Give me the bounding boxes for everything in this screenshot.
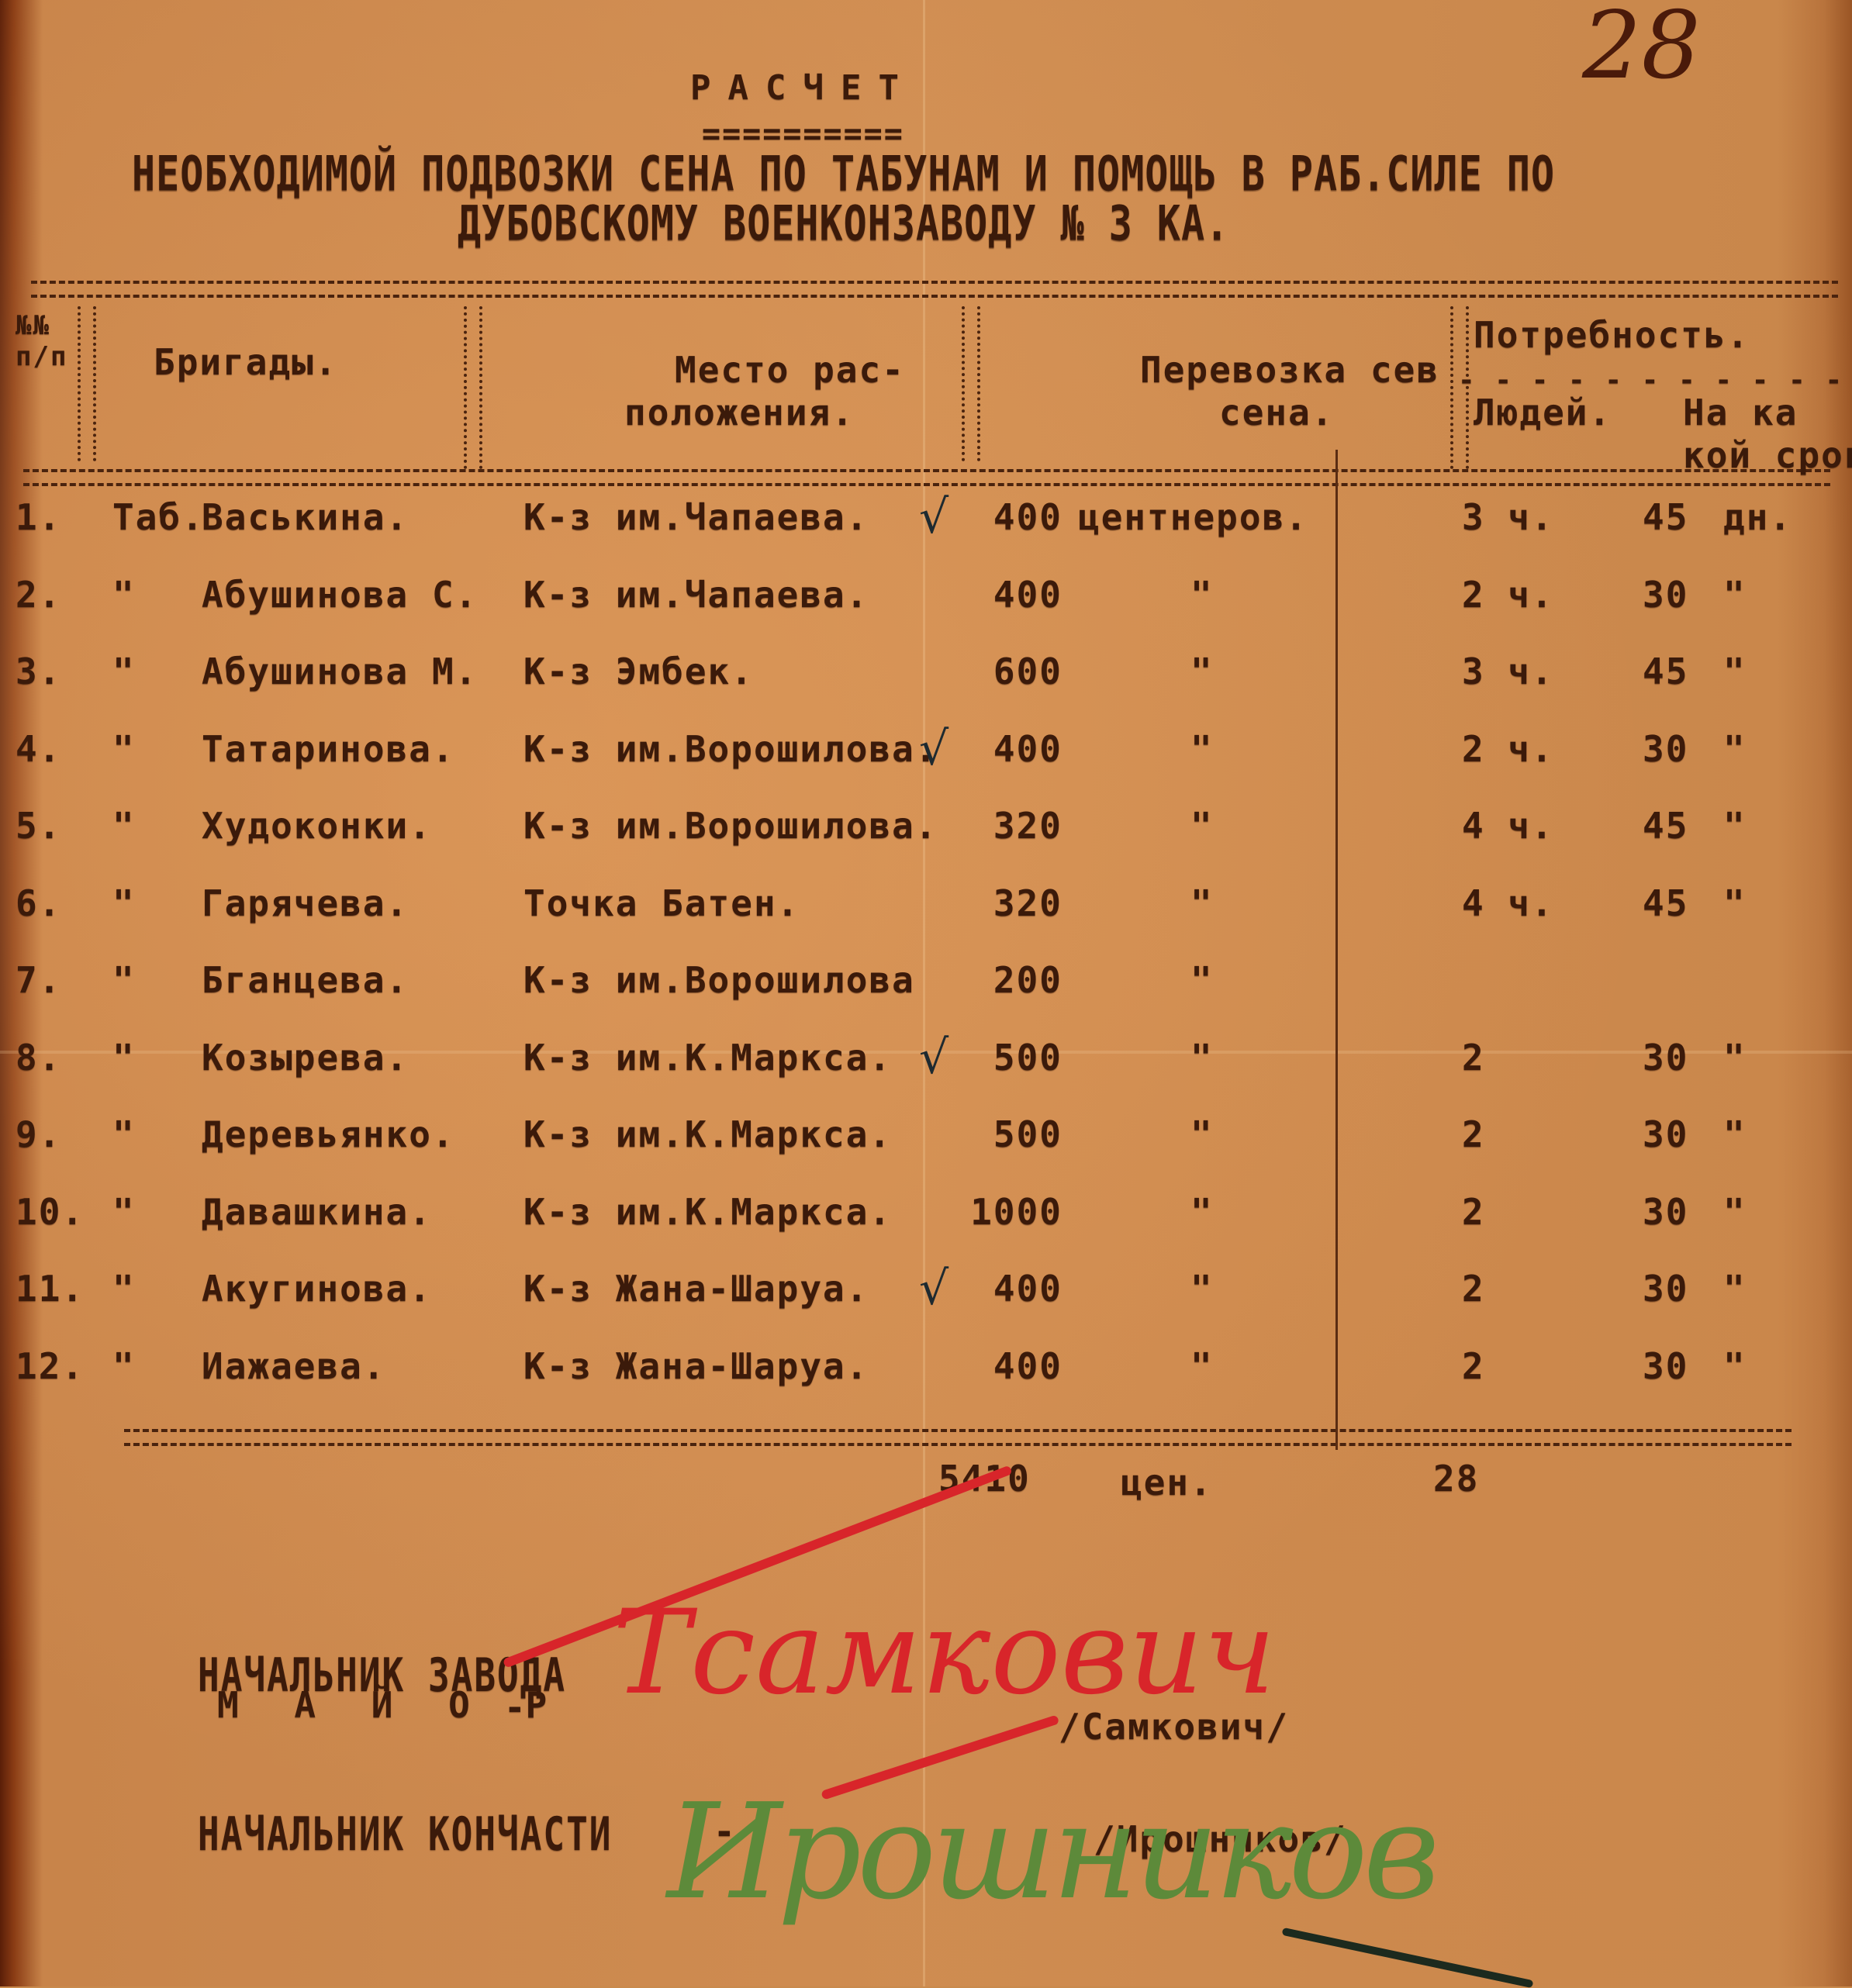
row-number: 7. [16,959,61,1001]
row-days-unit: " [1723,1268,1747,1310]
signature-green-pencil: Ирошников [667,1776,1436,1929]
document-subtitle-line-2: ДУБОВСКОМУ ВОЕНКОНЗАВОДУ № 3 КА. [458,195,1229,252]
handwritten-page-number: 28 [1582,0,1701,100]
row-brigade: Худоконки. [202,805,432,847]
row-brigade: Бганцева. [202,959,409,1001]
row-location: К-з Жана-Шаруа. [523,1268,869,1310]
row-days-unit: " [1723,1345,1747,1387]
row-days: 30 [1643,1268,1688,1310]
table-bottom-rule [124,1429,1792,1446]
table-header-rule [23,469,1830,486]
row-brigade: Козырева. [202,1037,409,1079]
row-days-unit: " [1723,651,1747,692]
row-brigade: Абушинова С. [202,574,478,616]
row-location: К-з им.Чапаева. [523,496,869,538]
row-brigade: Давашкина. [202,1191,432,1233]
row-people: 4 ч. [1462,805,1554,847]
header-people: Людей. [1474,392,1612,433]
header-transport-line-1: Перевозка сев [1140,349,1439,391]
row-brigade: Абушинова М. [202,651,478,692]
row-amount: 500 [954,1037,1062,1079]
header-transport-line-2: сена. [1219,392,1334,433]
header-term-line-2: кой срок [1683,434,1852,476]
row-checkmark: √ [919,490,948,544]
row-days-unit: " [1723,1191,1747,1233]
row-brigade: Васькина. [202,496,409,538]
header-brigades: Бригады. [154,341,338,383]
signature-red-pencil: Тсамкович [613,1586,1276,1721]
column-divider-line [1335,450,1338,1450]
row-brigade: Деревьянко. [202,1113,455,1155]
row-prefix: " [112,1037,136,1079]
row-prefix: " [112,574,136,616]
row-days-unit: дн. [1723,496,1792,538]
row-unit: " [1190,651,1214,692]
row-amount: 400 [954,496,1062,538]
row-number: 12. [16,1345,85,1387]
row-unit: " [1190,1345,1214,1387]
row-unit: " [1190,959,1214,1001]
row-amount: 1000 [954,1191,1062,1233]
row-days: 45 [1643,882,1688,924]
row-unit: " [1190,1191,1214,1233]
row-checkmark: √ [919,722,948,776]
header-number: №№ п/п [16,310,85,372]
row-unit: центнеров. [1078,496,1308,538]
row-days: 45 [1643,496,1688,538]
row-people: 2 [1462,1268,1485,1310]
row-people: 2 ч. [1462,574,1554,616]
row-people: 2 [1462,1113,1485,1155]
row-people: 2 [1462,1345,1485,1387]
row-people: 3 ч. [1462,651,1554,692]
row-people: 2 ч. [1462,728,1554,770]
row-amount: 200 [954,959,1062,1001]
row-checkmark: √ [919,1030,948,1085]
row-location: К-з им.Чапаева. [523,574,869,616]
row-amount: 400 [954,1345,1062,1387]
row-days: 30 [1643,728,1688,770]
row-location: К-з им.К.Маркса. [523,1037,892,1079]
document-title: РАСЧЕТ [690,68,916,108]
row-prefix: " [112,1113,136,1155]
row-number: 10. [16,1191,85,1233]
row-unit: " [1190,574,1214,616]
row-amount: 400 [954,728,1062,770]
total-people: 28 [1433,1458,1479,1500]
row-location: К-з им.К.Маркса. [523,1113,892,1155]
row-days-unit: " [1723,805,1747,847]
row-days-unit: " [1723,1037,1747,1079]
row-days: 30 [1643,1037,1688,1079]
row-amount: 400 [954,574,1062,616]
row-prefix: " [112,882,136,924]
row-days-unit: " [1723,574,1747,616]
row-people: 2 [1462,1037,1485,1079]
row-number: 8. [16,1037,61,1079]
row-amount: 500 [954,1113,1062,1155]
row-days: 45 [1643,805,1688,847]
row-prefix: " [112,959,136,1001]
row-location: К-з им.Ворошилова. [523,805,938,847]
row-prefix: Таб. [112,496,205,538]
column-separator-3 [962,306,980,461]
row-amount: 600 [954,651,1062,692]
row-brigade: Гарячева. [202,882,409,924]
row-number: 2. [16,574,61,616]
row-days-unit: " [1723,1113,1747,1155]
row-number: 11. [16,1268,85,1310]
row-unit: " [1190,805,1214,847]
row-unit: " [1190,882,1214,924]
header-term-line-1: На ка [1683,392,1798,433]
row-people: 4 ч. [1462,882,1554,924]
row-brigade: Татаринова. [202,728,455,770]
row-prefix: " [112,805,136,847]
row-unit: " [1190,1037,1214,1079]
row-prefix: " [112,728,136,770]
header-location-line-1: Место рас- [675,349,905,391]
total-unit: цен. [1121,1462,1213,1503]
row-prefix: " [112,651,136,692]
row-days-unit: " [1723,728,1747,770]
row-days: 45 [1643,651,1688,692]
signatory-2-title: НАЧАЛЬНИК КОНЧАСТИ [198,1807,613,1861]
document-subtitle-line-1: НЕОБХОДИМОЙ ПОДВОЗКИ СЕНА ПО ТАБУНАМ И П… [132,146,1555,202]
row-checkmark: √ [919,1261,948,1316]
row-location: К-з им.Ворошилова [523,959,915,1001]
row-amount: 320 [954,805,1062,847]
table-top-rule [31,281,1838,298]
row-number: 9. [16,1113,61,1155]
row-amount: 320 [954,882,1062,924]
row-number: 3. [16,651,61,692]
row-number: 4. [16,728,61,770]
row-days: 30 [1643,1113,1688,1155]
row-number: 5. [16,805,61,847]
row-brigade: Акугинова. [202,1268,432,1310]
row-unit: " [1190,1268,1214,1310]
row-unit: " [1190,1113,1214,1155]
row-days: 30 [1643,574,1688,616]
row-people: 2 [1462,1191,1485,1233]
row-number: 6. [16,882,61,924]
row-unit: " [1190,728,1214,770]
header-location-line-2: положения. [624,392,855,433]
row-days-unit: " [1723,882,1747,924]
dark-pencil-mark [1282,1928,1534,1986]
signatory-1-dash: - [504,1686,527,1728]
row-people: 3 ч. [1462,496,1554,538]
row-number: 1. [16,496,61,538]
row-amount: 400 [954,1268,1062,1310]
row-prefix: " [112,1268,136,1310]
row-location: Точка Батен. [523,882,800,924]
row-prefix: " [112,1345,136,1387]
row-prefix: " [112,1191,136,1233]
row-location: К-з Жана-Шаруа. [523,1345,869,1387]
row-days: 30 [1643,1345,1688,1387]
row-location: К-з Эмбек. [523,651,754,692]
scanned-document-page: 28 РАСЧЕТ ========== НЕОБХОДИМОЙ ПОДВОЗК… [0,0,1852,1986]
column-separator-2 [464,306,482,469]
row-location: К-з им.К.Маркса. [523,1191,892,1233]
row-days: 30 [1643,1191,1688,1233]
row-location: К-з им.Ворошилова. [523,728,938,770]
header-need: Потребность. [1474,314,1750,356]
row-brigade: Иажаева. [202,1345,386,1387]
